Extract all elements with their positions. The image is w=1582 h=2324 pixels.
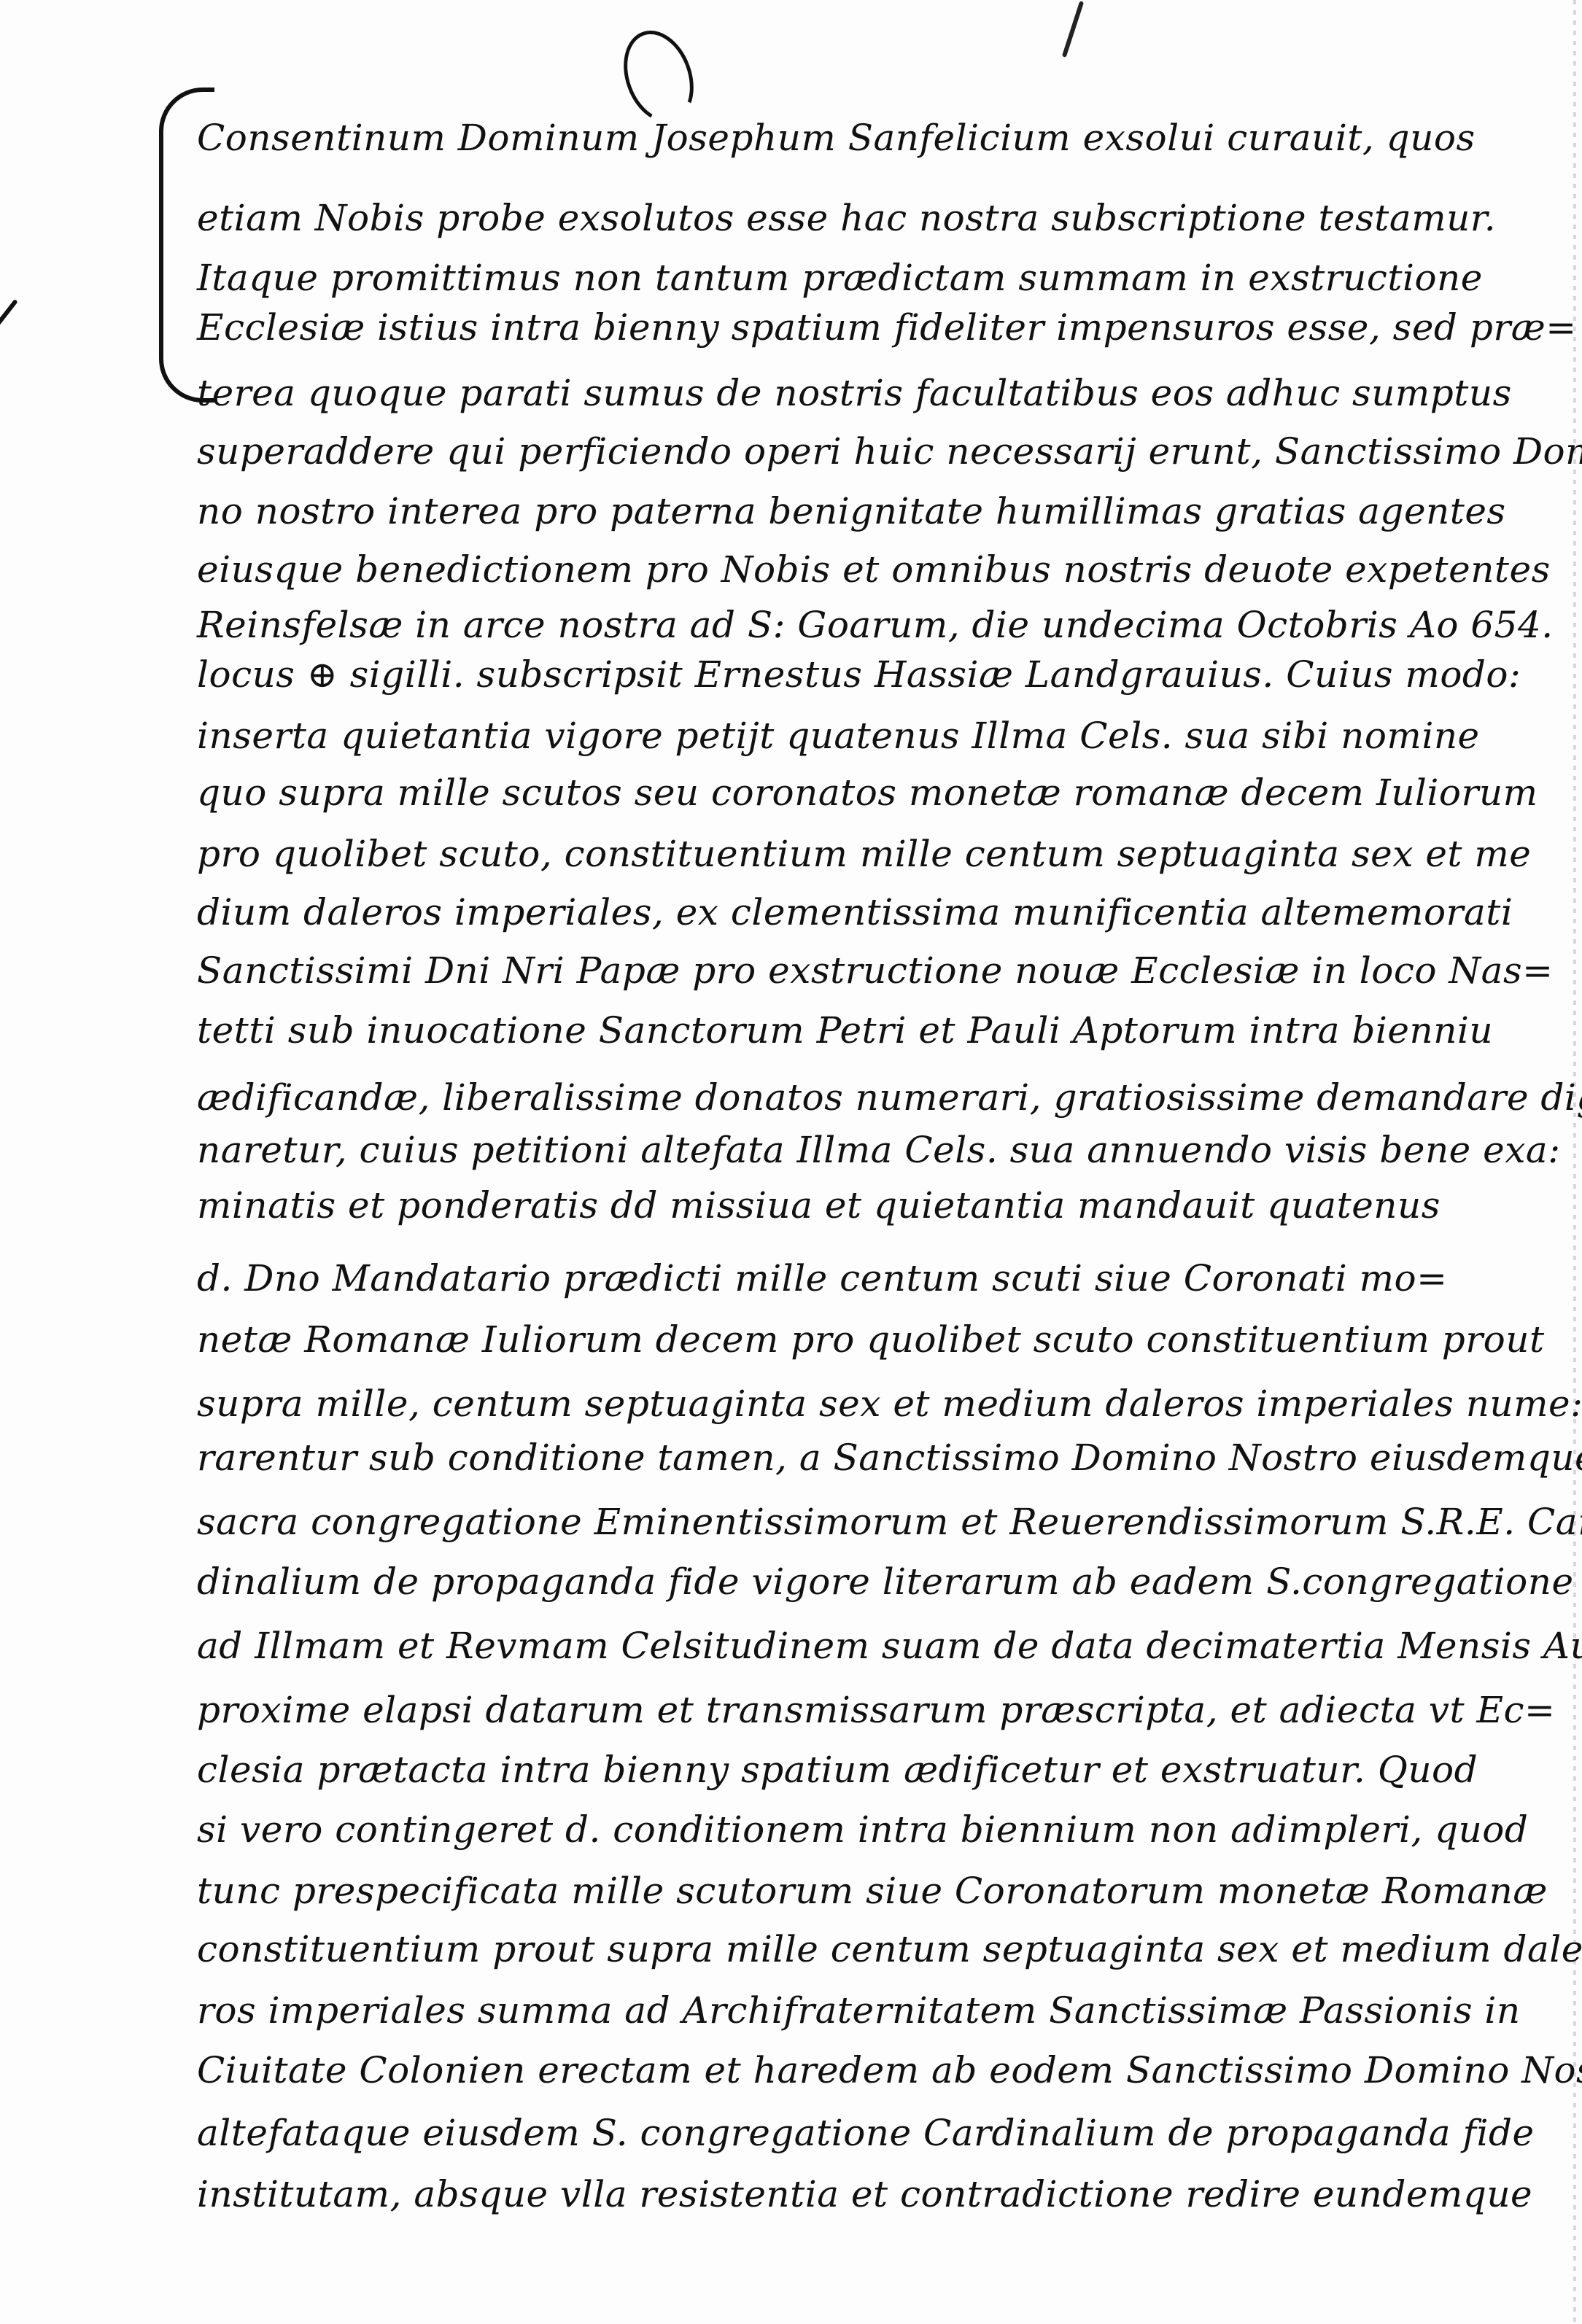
text-line: clesia prætacta intra bienny spatium ædi… [197,1749,1554,1791]
text-line: inserta quietantia vigore petijt quatenu… [197,715,1554,757]
text-line: supra mille, centum septuaginta sex et m… [197,1383,1554,1425]
text-line: superaddere qui perficiendo operi huic n… [197,430,1554,473]
text-line: naretur, cuius petitioni altefata Illma … [197,1129,1554,1171]
text-line: ros imperiales summa ad Archifraternitat… [197,1989,1554,2032]
text-line: constituentium prout supra mille centum … [197,1928,1554,1970]
text-line: sacra congregatione Eminentissimorum et … [197,1501,1554,1543]
text-line: Ciuitate Colonien erectam et haredem ab … [197,2049,1554,2091]
text-line: rarentur sub conditione tamen, a Sanctis… [197,1437,1554,1479]
text-line: Itaque promittimus non tantum prædictam … [197,257,1554,299]
top-pen-mark [1062,1,1084,58]
text-line: quo supra mille scutos seu coronatos mon… [197,772,1554,814]
text-line: Reinsfelsæ in arce nostra ad S: Goarum, … [197,604,1554,646]
text-line: terea quoque parati sumus de nostris fac… [197,372,1554,414]
text-line: dinalium de propaganda fide vigore liter… [197,1561,1554,1603]
text-line: tunc prespecificata mille scutorum siue … [197,1870,1554,1912]
text-line: no nostro interea pro paterna benignitat… [197,490,1554,532]
manuscript-page: Consentinum Dominum Josephum Sanfelicium… [0,0,1582,2324]
text-line: Consentinum Dominum Josephum Sanfelicium… [197,117,1554,159]
text-line: proxime elapsi datarum et transmissarum … [197,1689,1554,1731]
text-line: etiam Nobis probe exsolutos esse hac nos… [197,197,1554,239]
text-line: tetti sub inuocatione Sanctorum Petri et… [197,1009,1554,1052]
text-line: d. Dno Mandatario prædicti mille centum … [197,1257,1554,1299]
text-line: altefataque eiusdem S. congregatione Car… [197,2112,1554,2154]
text-line: minatis et ponderatis dd missiua et quie… [197,1184,1554,1227]
text-line: netæ Romanæ Iuliorum decem pro quolibet … [197,1318,1554,1361]
text-line: institutam, absque vlla resistentia et c… [197,2173,1554,2215]
margin-pen-stroke [0,299,18,434]
text-line: Sanctissimi Dni Nri Papæ pro exstruction… [197,949,1554,992]
top-flourish [611,21,705,133]
text-line: ædificandæ, liberalissime donatos numera… [197,1076,1554,1119]
page-edge [1573,0,1576,2324]
text-line: si vero contingeret d. conditionem intra… [197,1808,1554,1851]
text-line: eiusque benedictionem pro Nobis et omnib… [197,548,1554,591]
text-line: dium daleros imperiales, ex clementissim… [197,891,1554,933]
text-line: Ecclesiæ istius intra bienny spatium fid… [197,306,1554,349]
text-line: pro quolibet scuto, constituentium mille… [197,833,1554,875]
text-line: ad Illmam et Revmam Celsitudinem suam de… [197,1625,1554,1667]
text-line: locus ⊕ sigilli. subscripsit Ernestus Ha… [197,653,1554,696]
